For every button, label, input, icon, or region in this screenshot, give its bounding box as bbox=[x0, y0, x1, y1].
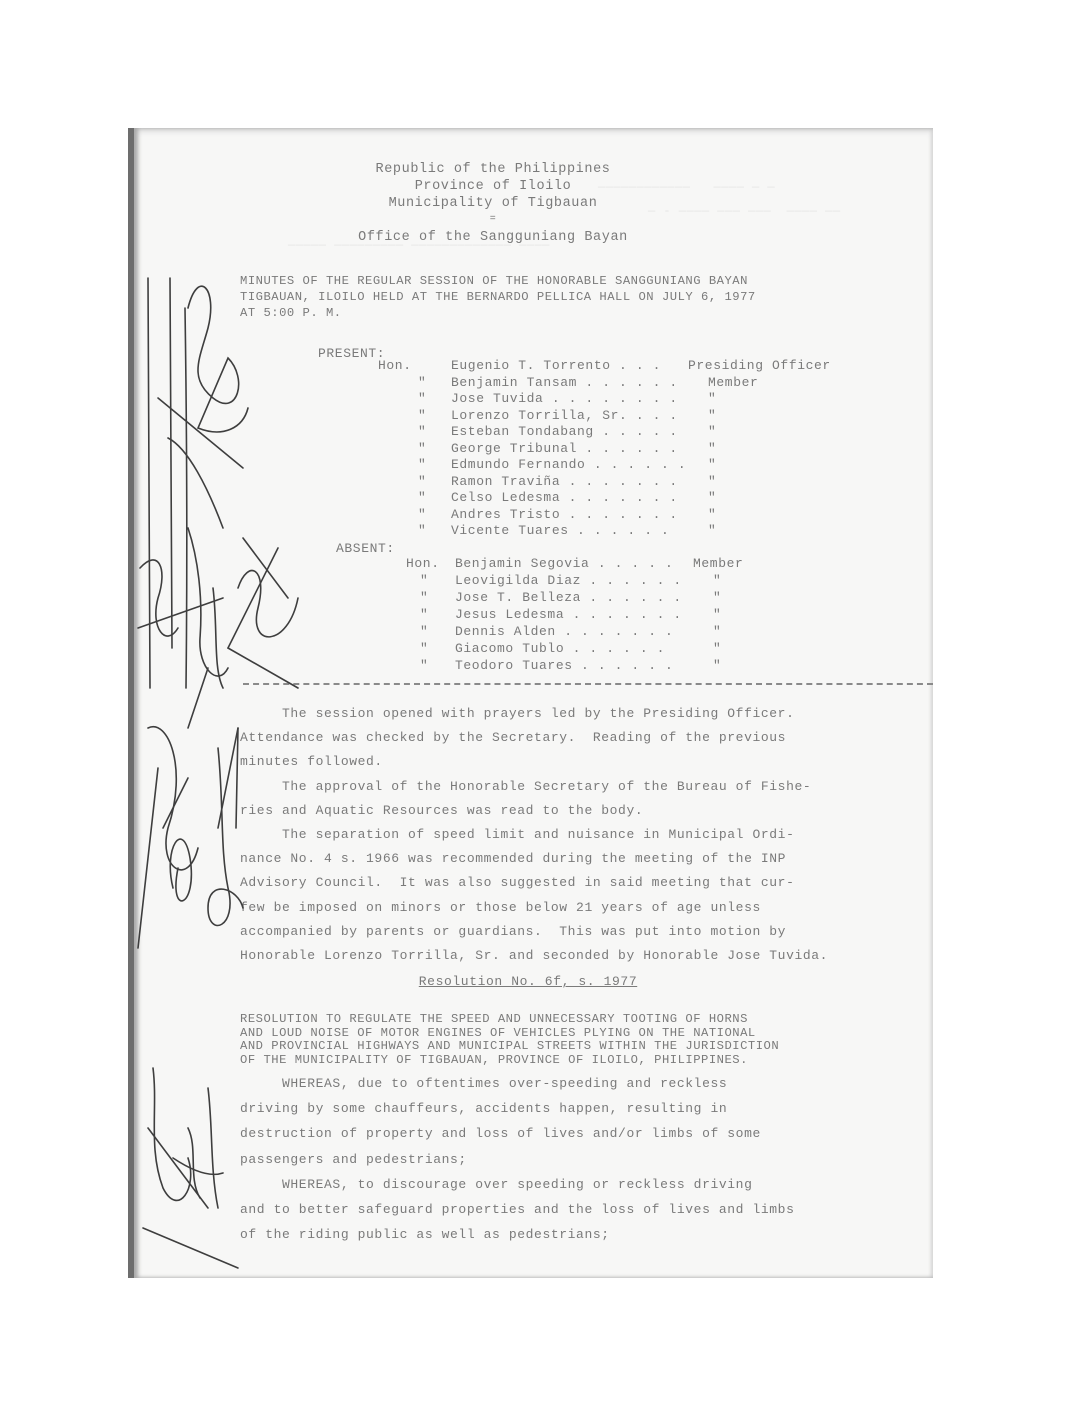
member-role: " bbox=[713, 607, 721, 622]
body-text-line: Advisory Council. It was also suggested … bbox=[240, 875, 794, 890]
body-text-line: The approval of the Honorable Secretary … bbox=[240, 779, 811, 794]
member-prefix: Hon. bbox=[406, 556, 440, 571]
member-prefix: " bbox=[418, 424, 426, 439]
member-name: Ramon Traviña . . . . . . . bbox=[451, 474, 678, 489]
member-name: Benjamin Segovia . . . . . bbox=[455, 556, 673, 571]
member-role: " bbox=[713, 658, 721, 673]
member-prefix: " bbox=[420, 641, 428, 656]
member-name: Edmundo Fernando . . . . . . bbox=[451, 457, 686, 472]
member-prefix: " bbox=[418, 490, 426, 505]
whereas-text-line: and to better safeguard properties and t… bbox=[240, 1202, 794, 1217]
whereas-text-line: WHEREAS, to discourage over speeding or … bbox=[240, 1177, 752, 1192]
member-name: Teodoro Tuares . . . . . . bbox=[455, 658, 673, 673]
resolution-title-line: AND PROVINCIAL HIGHWAYS AND MUNICIPAL ST… bbox=[240, 1039, 779, 1053]
resolution-title-line: RESOLUTION TO REGULATE THE SPEED AND UNN… bbox=[240, 1012, 748, 1026]
body-text-line: accompanied by parents or guardians. Thi… bbox=[240, 924, 786, 939]
member-prefix: " bbox=[418, 441, 426, 456]
body-text-line: The separation of speed limit and nuisan… bbox=[240, 827, 794, 842]
letterhead-republic: Republic of the Philippines bbox=[328, 162, 658, 177]
member-role: " bbox=[708, 408, 716, 423]
letterhead-office: Office of the Sangguniang Bayan bbox=[328, 230, 658, 245]
whereas-text-line: passengers and pedestrians; bbox=[240, 1152, 467, 1167]
member-role: Member bbox=[708, 375, 758, 390]
member-role: " bbox=[708, 457, 716, 472]
resolution-title-line: OF THE MUNICIPALITY OF TIGBAUAN, PROVINC… bbox=[240, 1053, 748, 1067]
body-text-line: The session opened with prayers led by t… bbox=[240, 706, 794, 721]
member-prefix: " bbox=[418, 457, 426, 472]
body-text-line: Honorable Lorenzo Torrilla, Sr. and seco… bbox=[240, 948, 828, 963]
member-role: " bbox=[713, 641, 721, 656]
member-name: Vicente Tuares . . . . . . bbox=[451, 523, 669, 538]
member-name: Leovigilda Diaz . . . . . . bbox=[455, 573, 682, 588]
resolution-title-line: AND LOUD NOISE OF MOTOR ENGINES OF VEHIC… bbox=[240, 1026, 756, 1040]
member-prefix: " bbox=[418, 391, 426, 406]
body-text-line: ries and Aquatic Resources was read to t… bbox=[240, 803, 643, 818]
member-name: Jose Tuvida . . . . . . . . bbox=[451, 391, 678, 406]
member-role: " bbox=[708, 424, 716, 439]
member-prefix: " bbox=[418, 375, 426, 390]
member-name: Dennis Alden . . . . . . . bbox=[455, 624, 673, 639]
member-name: Eugenio T. Torrento . . . bbox=[451, 358, 661, 373]
present-label: PRESENT: bbox=[318, 346, 385, 361]
member-prefix: " bbox=[418, 474, 426, 489]
member-name: Andres Tristo . . . . . . . bbox=[451, 507, 678, 522]
minutes-title-line-3: AT 5:00 P. M. bbox=[240, 306, 342, 320]
letterhead-province: Province of Iloilo bbox=[328, 179, 658, 194]
minutes-title-line-2: TIGBAUAN, ILOILO HELD AT THE BERNARDO PE… bbox=[240, 290, 756, 304]
member-role: " bbox=[708, 441, 716, 456]
body-text-line: nance No. 4 s. 1966 was recommended duri… bbox=[240, 851, 786, 866]
body-text-line: minutes followed. bbox=[240, 754, 383, 769]
member-role: " bbox=[713, 590, 721, 605]
member-name: Giacomo Tublo . . . . . . bbox=[455, 641, 665, 656]
minutes-title-line-1: MINUTES OF THE REGULAR SESSION OF THE HO… bbox=[240, 274, 748, 288]
member-role: " bbox=[713, 573, 721, 588]
body-text-line: Attendance was checked by the Secretary.… bbox=[240, 730, 786, 745]
member-prefix: " bbox=[420, 573, 428, 588]
member-prefix: " bbox=[418, 408, 426, 423]
member-role: " bbox=[708, 507, 716, 522]
member-prefix: Hon. bbox=[378, 358, 412, 373]
member-role: " bbox=[708, 490, 716, 505]
member-name: George Tribunal . . . . . . bbox=[451, 441, 678, 456]
member-prefix: " bbox=[418, 523, 426, 538]
member-prefix: " bbox=[420, 590, 428, 605]
body-text-line: few be imposed on minors or those below … bbox=[240, 900, 761, 915]
letterhead-municipality: Municipality of Tigbauan bbox=[328, 196, 658, 211]
member-name: Lorenzo Torrilla, Sr. . . . bbox=[451, 408, 678, 423]
absent-label: ABSENT: bbox=[336, 541, 395, 556]
member-role: Member bbox=[693, 556, 743, 571]
member-role: Presiding Officer bbox=[688, 358, 831, 373]
bleed-through-text: — - ———— ——— ——— ———— —— bbox=[648, 204, 841, 218]
whereas-text-line: driving by some chauffeurs, accidents ha… bbox=[240, 1101, 727, 1116]
member-role: " bbox=[708, 523, 716, 538]
member-prefix: " bbox=[420, 607, 428, 622]
member-name: Benjamin Tansam . . . . . . bbox=[451, 375, 678, 390]
letterhead-separator: = bbox=[328, 214, 658, 225]
section-divider bbox=[243, 683, 933, 685]
whereas-text-line: of the riding public as well as pedestri… bbox=[240, 1227, 610, 1242]
member-prefix: " bbox=[418, 507, 426, 522]
member-name: Celso Ledesma . . . . . . . bbox=[451, 490, 678, 505]
member-name: Jesus Ledesma . . . . . . . bbox=[455, 607, 682, 622]
member-role: " bbox=[708, 391, 716, 406]
member-name: Jose T. Belleza . . . . . . bbox=[455, 590, 682, 605]
member-role: " bbox=[708, 474, 716, 489]
member-name: Esteban Tondabang . . . . . bbox=[451, 424, 678, 439]
member-role: " bbox=[713, 624, 721, 639]
scanned-document-page: ———————————— ———— — — — - ———— ——— ——— —… bbox=[128, 128, 933, 1278]
resolution-heading: Resolution No. 6f, s. 1977 bbox=[378, 974, 678, 989]
member-prefix: " bbox=[420, 624, 428, 639]
whereas-text-line: WHEREAS, due to oftentimes over-speeding… bbox=[240, 1076, 727, 1091]
member-prefix: " bbox=[420, 658, 428, 673]
whereas-text-line: destruction of property and loss of live… bbox=[240, 1126, 761, 1141]
